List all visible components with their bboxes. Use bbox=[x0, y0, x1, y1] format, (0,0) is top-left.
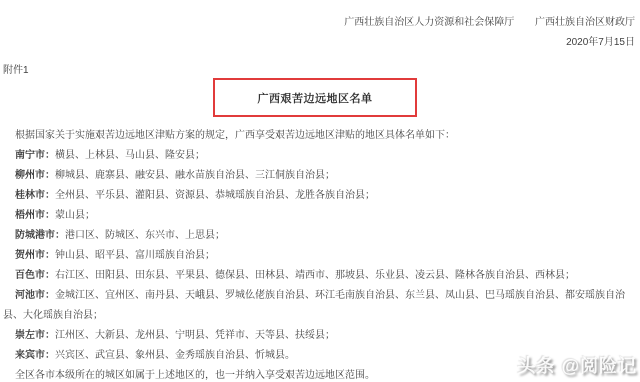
region-entry: 百色市：右江区、田阳县、田东县、平果县、德保县、田林县、靖西市、那坡县、乐业县、… bbox=[3, 266, 637, 286]
county-list: 蒙山县； bbox=[55, 210, 95, 221]
attachment-label: 附件1 bbox=[3, 64, 640, 77]
city-name: 防城港市： bbox=[15, 230, 65, 241]
city-name: 梧州市： bbox=[15, 210, 55, 221]
region-entry: 南宁市：横县、上林县、马山县、隆安县； bbox=[3, 146, 637, 166]
region-list: 南宁市：横县、上林县、马山县、隆安县；柳州市：柳城县、鹿寨县、融安县、融水苗族自… bbox=[3, 146, 637, 366]
document-header: 广西壮族自治区人力资源和社会保障厅 广西壮族自治区财政厅 2020年7月15日 bbox=[0, 0, 640, 53]
city-name: 柳州市： bbox=[15, 170, 55, 181]
toutiao-watermark: 头条 @阅险记 bbox=[517, 352, 637, 378]
region-entry: 河池市：金城江区、宜州区、南丹县、天峨县、罗城仫佬族自治县、环江毛南族自治县、东… bbox=[3, 286, 637, 326]
intro-paragraph: 根据国家关于实施艰苦边远地区津贴方案的规定，广西享受艰苦边远地区津贴的地区具体名… bbox=[3, 126, 637, 146]
county-list: 柳城县、鹿寨县、融安县、融水苗族自治县、三江侗族自治县； bbox=[55, 170, 335, 181]
county-list: 兴宾区、武宣县、象州县、金秀瑶族自治县、忻城县。 bbox=[55, 350, 295, 361]
county-list: 横县、上林县、马山县、隆安县； bbox=[55, 150, 205, 161]
city-name: 贺州市： bbox=[15, 250, 55, 261]
city-name: 桂林市： bbox=[15, 190, 55, 201]
title-box: 广西艰苦边远地区名单 bbox=[213, 78, 417, 117]
city-name: 崇左市： bbox=[15, 330, 55, 341]
document-body: 根据国家关于实施艰苦边远地区津贴方案的规定，广西享受艰苦边远地区津贴的地区具体名… bbox=[0, 126, 640, 382]
county-list: 金城江区、宜州区、南丹县、天峨县、罗城仫佬族自治县、环江毛南族自治县、东兰县、凤… bbox=[3, 290, 625, 321]
city-name: 河池市： bbox=[15, 290, 55, 301]
document-title: 广西艰苦边远地区名单 bbox=[258, 90, 373, 106]
county-list: 全州县、平乐县、灌阳县、资源县、恭城瑶族自治县、龙胜各族自治县； bbox=[55, 190, 375, 201]
region-entry: 柳州市：柳城县、鹿寨县、融安县、融水苗族自治县、三江侗族自治县； bbox=[3, 166, 637, 186]
region-entry: 梧州市：蒙山县； bbox=[3, 206, 637, 226]
county-list: 右江区、田阳县、田东县、平果县、德保县、田林县、靖西市、那坡县、乐业县、凌云县、… bbox=[55, 270, 575, 281]
city-name: 南宁市： bbox=[15, 150, 55, 161]
region-entry: 桂林市：全州县、平乐县、灌阳县、资源县、恭城瑶族自治县、龙胜各族自治县； bbox=[3, 186, 637, 206]
issuing-org-hr-dept: 广西壮族自治区人力资源和社会保障厅 bbox=[344, 17, 514, 28]
region-entry: 崇左市：江州区、大新县、龙州县、宁明县、凭祥市、天等县、扶绥县； bbox=[3, 326, 637, 346]
county-list: 港口区、防城区、东兴市、上思县； bbox=[65, 230, 225, 241]
region-entry: 防城港市：港口区、防城区、东兴市、上思县； bbox=[3, 226, 637, 246]
county-list: 江州区、大新县、龙州县、宁明县、凭祥市、天等县、扶绥县； bbox=[55, 330, 335, 341]
city-name: 百色市： bbox=[15, 270, 55, 281]
region-entry: 贺州市：钟山县、昭平县、富川瑶族自治县； bbox=[3, 246, 637, 266]
county-list: 钟山县、昭平县、富川瑶族自治县； bbox=[55, 250, 215, 261]
issuing-org-finance-dept: 广西壮族自治区财政厅 bbox=[535, 17, 635, 28]
issue-date: 2020年7月15日 bbox=[0, 33, 635, 53]
document-page: 广西壮族自治区人力资源和社会保障厅 广西壮族自治区财政厅 2020年7月15日 … bbox=[0, 0, 640, 382]
issuing-orgs-line: 广西壮族自治区人力资源和社会保障厅 广西壮族自治区财政厅 bbox=[0, 13, 635, 33]
city-name: 来宾市： bbox=[15, 350, 55, 361]
